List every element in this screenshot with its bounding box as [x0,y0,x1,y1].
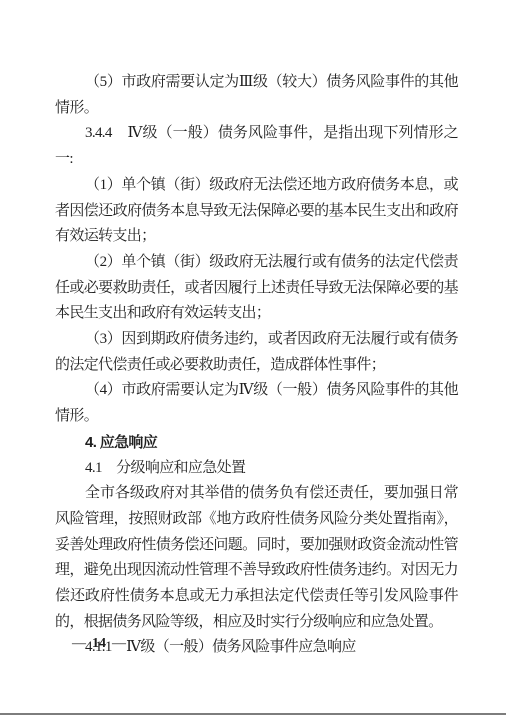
para-body-4-1: 全市各级政府对其举借的债务负有偿还责任，要加强日常风险管理，按照财政部《地方政府… [55,481,458,635]
page-number-value: 14 [86,636,112,651]
document-page: （5）市政府需要认定为Ⅲ级（较大）债务风险事件的其他情形。 3.4.4 Ⅳ级（一… [0,0,506,718]
page-number: —14— [72,636,126,652]
page-number-dash-right: — [112,636,126,651]
para-3-4-4: 3.4.4 Ⅳ级（一般）债务风险事件，是指出现下列情形之一: [55,121,458,172]
document-text-block: （5）市政府需要认定为Ⅲ级（较大）债务风险事件的其他情形。 3.4.4 Ⅳ级（一… [55,70,458,661]
heading-4-1: 4.1 分级响应和应急处置 [55,456,458,482]
para-item-5: （5）市政府需要认定为Ⅲ级（较大）债务风险事件的其他情形。 [55,70,458,121]
para-item-3: （3）因到期政府债务违约，或者因政府无法履行或有债务的法定代偿责任或必要救助责任… [55,327,458,378]
scan-edge-line [0,713,506,716]
heading-section-4: 4. 应急响应 [55,430,458,456]
para-item-4: （4）市政府需要认定为Ⅳ级（一般）债务风险事件的其他情形。 [55,378,458,429]
para-item-1: （1）单个镇（街）级政府无法偿还地方政府债务本息，或者因偿还政府债务本息导致无法… [55,173,458,250]
para-item-2: （2）单个镇（街）级政府无法履行或有债务的法定代偿责任或必要救助责任，或者因履行… [55,250,458,327]
page-number-dash-left: — [72,636,86,651]
